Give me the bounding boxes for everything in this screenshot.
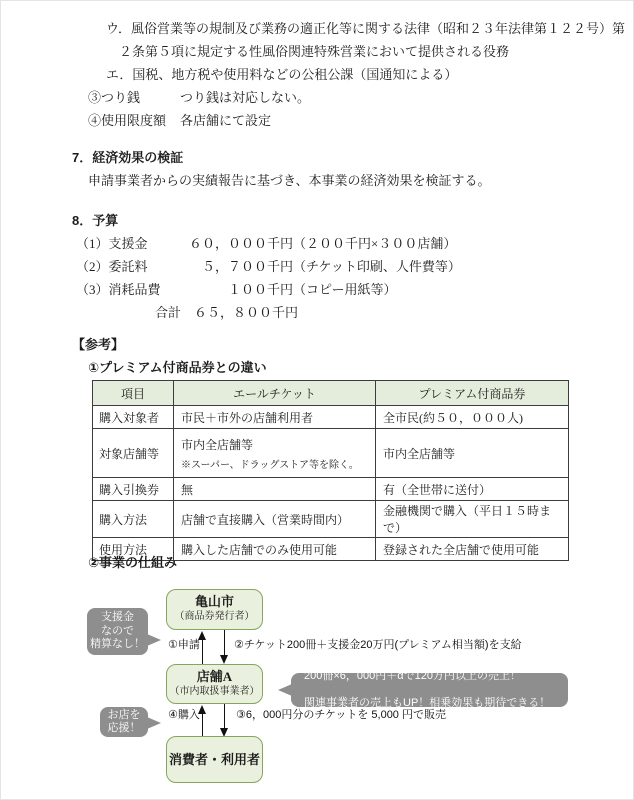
- intro-item-limit-label: ④使用限度額: [88, 109, 180, 132]
- budget-label: （1）支援金: [76, 232, 166, 255]
- section-7: 7．経済効果の検証 申請事業者からの実績報告に基づき、本事業の経済効果を検証する…: [0, 146, 634, 192]
- budget-row: （3）消耗品費 １００千円 （コピー用紙等）: [76, 278, 634, 301]
- table-row: 購入対象者 市民＋市外の店舗利用者 全市民(約５０，０００人): [93, 406, 569, 429]
- row-yell-value: 市内全店舗等 ※スーパー、ドラッグストア等を除く。: [174, 429, 376, 478]
- scheme-diagram: 亀山市 （商品券発行者） 支援金 なので 精算なし！ ①申請 ②チケット200冊…: [0, 580, 634, 795]
- row-premium-value: 有（全世帯に送付）: [376, 478, 569, 501]
- speech-tail-icon: [147, 634, 161, 646]
- sales-bubble-line2: 関連事業者の売上もUP！相乗効果も期待できる！: [304, 697, 550, 709]
- label-buy: ④購入: [168, 708, 200, 723]
- arrow-up-line: [202, 639, 203, 664]
- row-item: 購入対象者: [93, 406, 174, 429]
- arrow-down-line: [224, 704, 225, 728]
- budget-note: （２００千円×３００店舗）: [293, 232, 456, 255]
- section-7-body: 申請事業者からの実績報告に基づき、本事業の経済効果を検証する。: [88, 169, 634, 192]
- label-grant: ②チケット200冊＋支援金20万円(プレミアム相当額)を支給: [234, 638, 522, 653]
- consumer-box: 消費者・利用者: [166, 736, 263, 783]
- sales-bubble-text: 200冊×6，000円＋αで120万円以上の売上！ 関連事業者の売上もUP！相乗…: [304, 670, 550, 711]
- section-8-heading: 8．予算: [72, 209, 634, 232]
- table-row: 対象店舗等 市内全店舗等 ※スーパー、ドラッグストア等を除く。 市内全店舗等: [93, 429, 569, 478]
- row-item: 購入引換券: [93, 478, 174, 501]
- row-yell-value: 店舗で直接購入（営業時間内）: [174, 501, 376, 538]
- comparison-table: 項目 エールチケット プレミアム付商品券 購入対象者 市民＋市外の店舗利用者 全…: [92, 380, 569, 561]
- intro-item-change: ③つり銭 つり銭は対応しない。: [88, 86, 634, 109]
- budget-row: （1）支援金 ６０，０００千円 （２００千円×３００店舗）: [76, 232, 634, 255]
- sales-bubble-line1: 200冊×6，000円＋αで120万円以上の売上！: [304, 670, 521, 682]
- scheme-section: ②事業の仕組み: [0, 551, 634, 574]
- intro-line-u2: ２条第５項に規定する性風俗関連特殊営業において提供される役務: [119, 40, 634, 63]
- label-sell: ③6，000円分のチケットを 5,000 円で販売: [236, 708, 446, 723]
- intro-item-change-label: ③つり銭: [88, 86, 180, 109]
- speech-tail-icon: [278, 684, 292, 696]
- intro-section: ウ．風俗営業等の規制及び業務の適正化等に関する法律（昭和２３年法律第１２２号）第…: [0, 17, 634, 132]
- budget-amount: １００千円: [166, 278, 293, 301]
- intro-line-u1: ウ．風俗営業等の規制及び業務の適正化等に関する法律（昭和２３年法律第１２２号）第: [106, 17, 634, 40]
- shop-box-subtitle: （市内取扱事業者）: [167, 685, 262, 698]
- cheer-speech-bubble: お店を 応援！: [100, 707, 148, 737]
- row-item: 対象店舗等: [93, 429, 174, 478]
- row-yell-value: 無: [174, 478, 376, 501]
- support-bubble-text: 支援金 なので 精算なし！: [90, 611, 145, 652]
- comparison-table-wrap: 項目 エールチケット プレミアム付商品券 購入対象者 市民＋市外の店舗利用者 全…: [92, 380, 569, 561]
- label-apply: ①申請: [168, 638, 200, 653]
- arrow-down-line: [224, 630, 225, 655]
- table-row: 購入方法 店舗で直接購入（営業時間内） 金融機関で購入（平日１５時まで）: [93, 501, 569, 538]
- reference-sub1: ①プレミアム付商品券との違い: [88, 356, 634, 379]
- budget-amount: ６０，０００千円: [166, 232, 293, 255]
- intro-item-limit-value: 各店舗にて設定: [180, 109, 271, 132]
- section-7-heading: 7．経済効果の検証: [72, 146, 634, 169]
- row-yell-value: 市民＋市外の店舗利用者: [174, 406, 376, 429]
- city-box-subtitle: （商品券発行者）: [167, 610, 262, 623]
- row-premium-value: 市内全店舗等: [376, 429, 569, 478]
- speech-tail-icon: [147, 717, 161, 729]
- budget-row: （2）委託料 ５，７００千円 （チケット印刷、人件費等）: [76, 255, 634, 278]
- budget-total: 合計 ６５，８００千円: [155, 301, 634, 324]
- budget-label: （3）消耗品費: [76, 278, 166, 301]
- col-header-item: 項目: [93, 381, 174, 406]
- consumer-box-title: 消費者・利用者: [169, 752, 260, 768]
- row-premium-value: 金融機関で購入（平日１５時まで）: [376, 501, 569, 538]
- row-yell-main: 市内全店舗等: [181, 436, 368, 453]
- support-speech-bubble: 支援金 なので 精算なし！: [87, 608, 148, 655]
- budget-note: （チケット印刷、人件費等）: [293, 255, 461, 278]
- intro-item-limit: ④使用限度額 各店舗にて設定: [88, 109, 634, 132]
- section-8: 8．予算 （1）支援金 ６０，０００千円 （２００千円×３００店舗） （2）委託…: [0, 209, 634, 324]
- budget-amount: ５，７００千円: [166, 255, 293, 278]
- intro-line-e: エ．国税、地方税や使用料などの公租公課（国通知による）: [106, 63, 634, 86]
- col-header-yell-ticket: エールチケット: [174, 381, 376, 406]
- budget-label: （2）委託料: [76, 255, 166, 278]
- table-header-row: 項目 エールチケット プレミアム付商品券: [93, 381, 569, 406]
- city-box-title: 亀山市: [167, 594, 262, 610]
- reference-section: 【参考】 ①プレミアム付商品券との違い: [0, 333, 634, 379]
- budget-note: （コピー用紙等）: [293, 278, 396, 301]
- reference-sub2: ②事業の仕組み: [88, 551, 634, 574]
- arrow-up-line: [202, 713, 203, 736]
- col-header-premium-voucher: プレミアム付商品券: [376, 381, 569, 406]
- city-box: 亀山市 （商品券発行者）: [166, 589, 263, 630]
- cheer-bubble-text: お店を 応援！: [108, 709, 141, 736]
- row-premium-value: 全市民(約５０，０００人): [376, 406, 569, 429]
- document-page: ウ．風俗営業等の規制及び業務の適正化等に関する法律（昭和２３年法律第１２２号）第…: [0, 0, 634, 800]
- intro-item-change-value: つり銭は対応しない。: [180, 86, 310, 109]
- shop-box: 店舗A （市内取扱事業者）: [166, 664, 263, 704]
- arrow-down-icon: [220, 655, 228, 664]
- sales-speech-bubble: 200冊×6，000円＋αで120万円以上の売上！ 関連事業者の売上もUP！相乗…: [291, 673, 568, 707]
- row-item: 購入方法: [93, 501, 174, 538]
- row-yell-note: ※スーパー、ドラッグストア等を除く。: [181, 456, 368, 471]
- shop-box-title: 店舗A: [167, 669, 262, 685]
- reference-heading: 【参考】: [72, 333, 634, 356]
- table-row: 購入引換券 無 有（全世帯に送付）: [93, 478, 569, 501]
